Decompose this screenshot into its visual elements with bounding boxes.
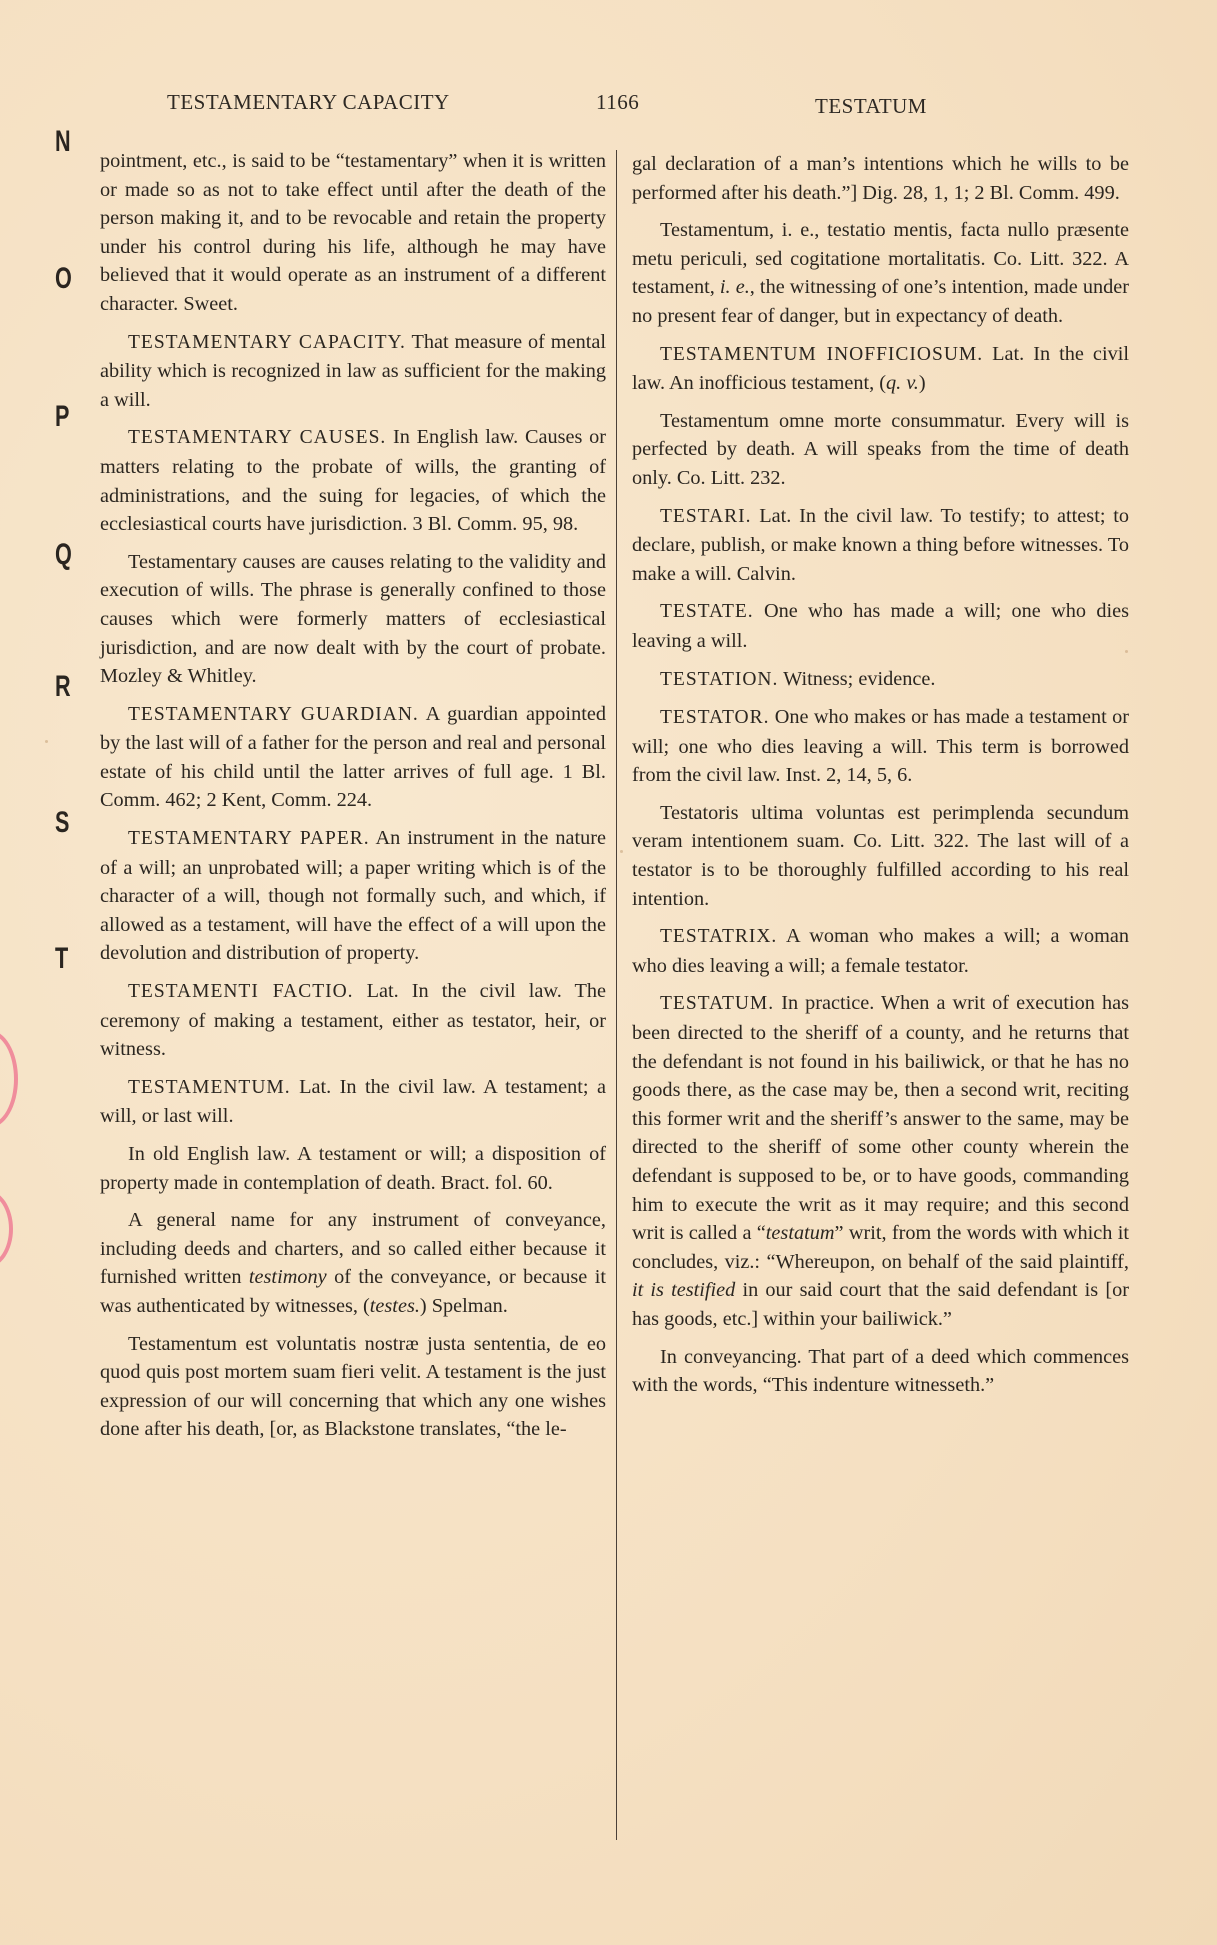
- column-divider: [616, 150, 617, 1840]
- entry-term: TESTATUM.: [660, 993, 774, 1014]
- entry-italic: testes.: [370, 1295, 420, 1317]
- right-column: gal declaration of a man’s intentions wh…: [632, 150, 1129, 1409]
- thumb-index-letter: R: [55, 670, 71, 704]
- entry: TESTAMENTI FACTIO. Lat. In the civil law…: [100, 977, 606, 1064]
- entry-italic: testatum: [766, 1222, 835, 1244]
- entry: TESTAMENTUM INOFFICIOSUM. Lat. In the ci…: [632, 340, 1129, 398]
- thumb-index-letter: N: [55, 125, 71, 159]
- entry-text: Testamentum omne morte consummatur. Ever…: [632, 410, 1129, 489]
- entry: Testamentum omne morte consummatur. Ever…: [632, 407, 1129, 493]
- paper-speck: [620, 850, 623, 853]
- entry-term: TESTAMENTUM.: [128, 1077, 291, 1098]
- entry-text: In old English law. A testament or will;…: [100, 1143, 606, 1194]
- entry-term: TESTARI.: [660, 506, 751, 527]
- entry-term: TESTAMENTARY CAPACITY.: [128, 332, 406, 353]
- entry: Testamentum, i. e., testatio mentis, fac…: [632, 216, 1129, 330]
- entry-text: gal declaration of a man’s intentions wh…: [632, 153, 1129, 204]
- thumb-index-letter: Q: [55, 538, 72, 572]
- entry-term: TESTAMENTARY CAUSES.: [128, 427, 386, 448]
- entry-term: TESTAMENTARY GUARDIAN.: [128, 704, 419, 725]
- entry: gal declaration of a man’s intentions wh…: [632, 150, 1129, 207]
- entry: TESTATION. Witness; evidence.: [632, 665, 1129, 695]
- entry: Testatoris ultima voluntas est perimplen…: [632, 799, 1129, 913]
- thumb-index-letter: P: [55, 400, 69, 434]
- entry-text: Testatoris ultima voluntas est perimplen…: [632, 802, 1129, 910]
- entry: TESTAMENTARY PAPER. An instrument in the…: [100, 824, 606, 968]
- entry-text: ): [919, 372, 926, 394]
- entry: TESTATOR. One who makes or has made a te…: [632, 703, 1129, 790]
- entry: TESTAMENTUM. Lat. In the civil law. A te…: [100, 1073, 606, 1131]
- entry: TESTATRIX. A woman who makes a will; a w…: [632, 922, 1129, 980]
- entry-term: TESTAMENTUM INOFFICIOSUM.: [660, 344, 983, 365]
- entry-italic: q. v.: [886, 372, 919, 394]
- entry-italic: it is testified: [632, 1279, 735, 1301]
- pink-stamp-mark: [0, 1030, 18, 1128]
- entry-text: pointment, etc., is said to be “testamen…: [100, 150, 606, 315]
- entry-text: Witness; evidence.: [783, 668, 935, 690]
- entry-text: ) Spelman.: [420, 1295, 508, 1317]
- entry: In conveyancing. That part of a deed whi…: [632, 1343, 1129, 1400]
- right-guide-word: TESTATUM: [815, 94, 927, 119]
- entry-term: TESTAMENTARY PAPER.: [128, 828, 370, 849]
- entry: TESTAMENTARY CAUSES. In English law. Cau…: [100, 423, 606, 538]
- left-column: pointment, etc., is said to be “testamen…: [100, 147, 606, 1453]
- entry-italic: i. e.: [720, 276, 750, 298]
- entry-term: TESTATOR.: [660, 707, 769, 728]
- thumb-index-letter: O: [55, 262, 72, 296]
- entry: TESTATUM. In practice. When a writ of ex…: [632, 989, 1129, 1333]
- thumb-index-letter: T: [55, 942, 68, 976]
- entry: TESTAMENTARY CAPACITY. That measure of m…: [100, 328, 606, 415]
- entry-term: TESTATE.: [660, 601, 754, 622]
- entry-text: In practice. When a writ of execution ha…: [632, 992, 1129, 1244]
- entry-term: TESTATRIX.: [660, 926, 777, 947]
- entry-text: In conveyancing. That part of a deed whi…: [632, 1346, 1129, 1397]
- running-head: TESTAMENTARY CAPACITY 1166 TESTATUM: [0, 90, 1217, 120]
- entry-italic: testimony: [249, 1266, 327, 1288]
- entry-term: TESTATION.: [660, 669, 778, 690]
- entry-text: Testamentary causes are causes relating …: [100, 551, 606, 687]
- page-number: 1166: [596, 90, 639, 115]
- entry: TESTATE. One who has made a will; one wh…: [632, 597, 1129, 655]
- thumb-index-letter: S: [55, 806, 69, 840]
- entry: A general name for any instrument of con…: [100, 1206, 606, 1320]
- entry: In old English law. A testament or will;…: [100, 1140, 606, 1197]
- entry-text: Testamentum est voluntatis nostræ justa …: [100, 1333, 606, 1441]
- paper-speck: [1125, 650, 1128, 653]
- left-guide-word: TESTAMENTARY CAPACITY: [167, 90, 450, 115]
- entry: TESTAMENTARY GUARDIAN. A guardian appoin…: [100, 700, 606, 815]
- entry: pointment, etc., is said to be “testamen…: [100, 147, 606, 319]
- entry: TESTARI. Lat. In the civil law. To testi…: [632, 502, 1129, 589]
- entry: Testamentum est voluntatis nostræ justa …: [100, 1330, 606, 1444]
- pink-stamp-mark: [0, 1190, 13, 1268]
- paper-speck: [45, 740, 48, 743]
- entry-term: TESTAMENTI FACTIO.: [128, 981, 354, 1002]
- entry: Testamentary causes are causes relating …: [100, 548, 606, 691]
